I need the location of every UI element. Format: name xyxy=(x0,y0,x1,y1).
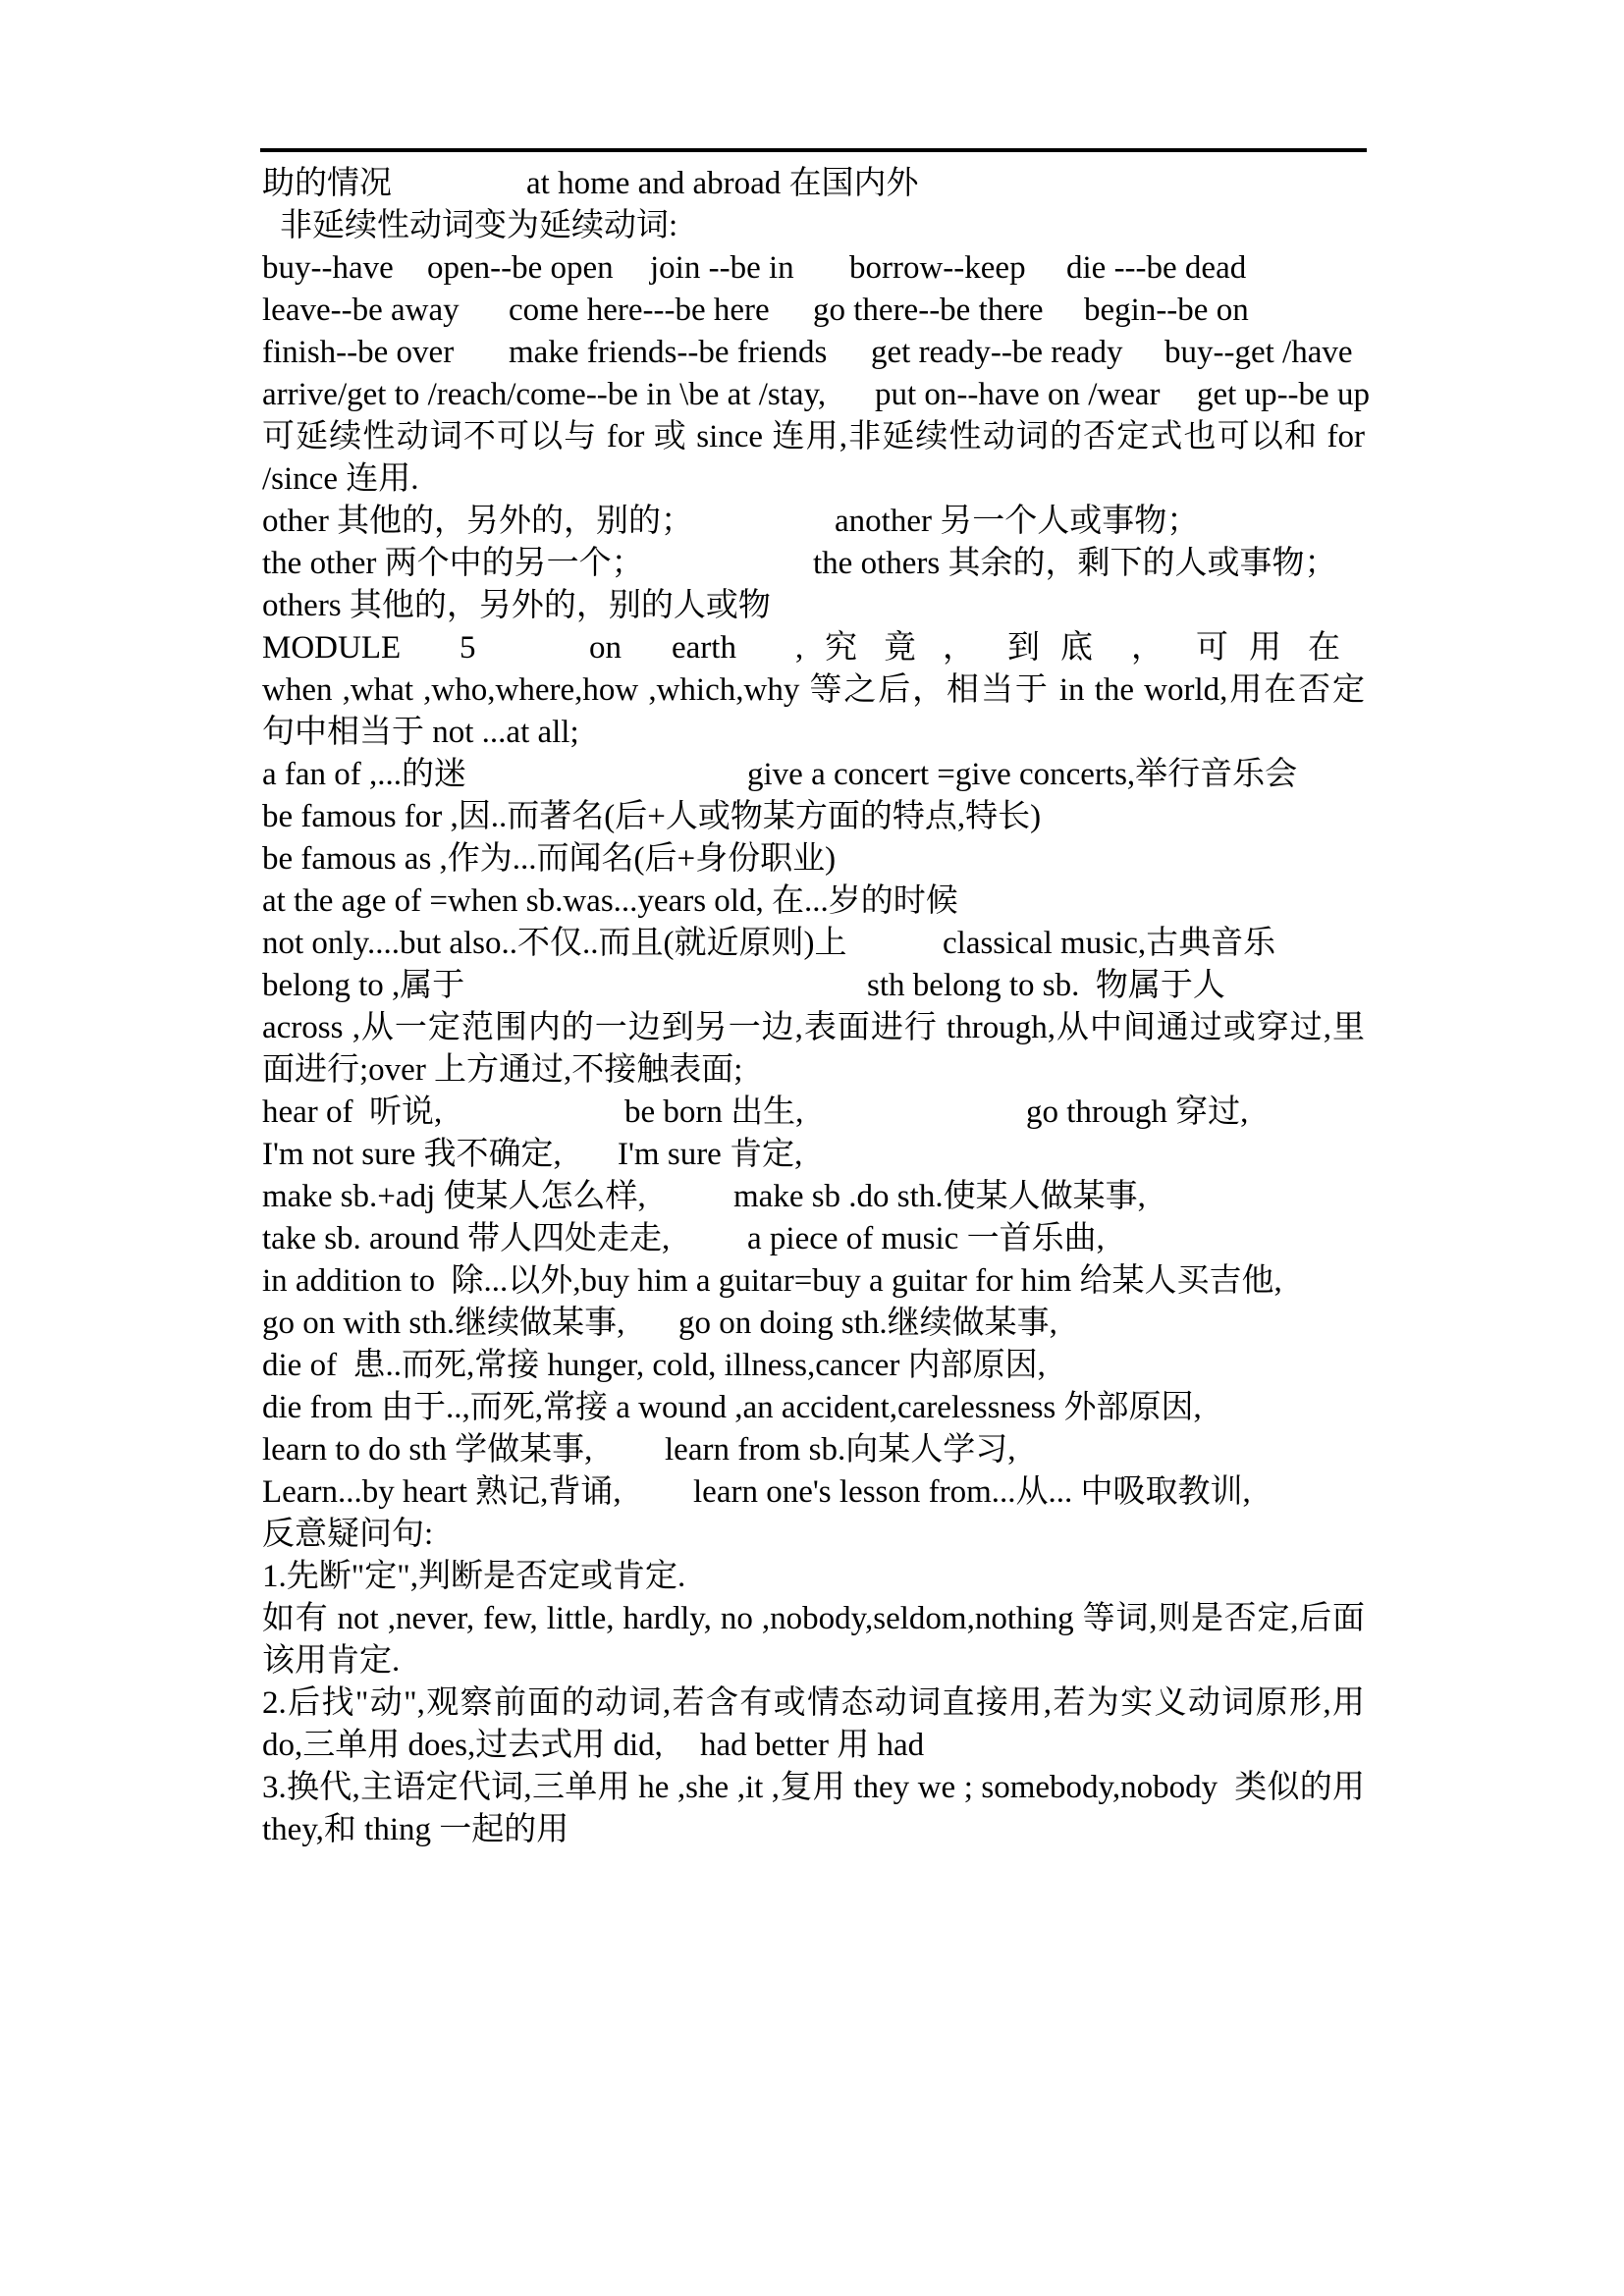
text-segment: had better 用 had xyxy=(700,1725,924,1767)
text-line: die from 由于..,而死,常接 a wound ,an accident… xyxy=(262,1387,1365,1429)
text-segment: 底 xyxy=(1060,627,1093,669)
divider-line xyxy=(260,148,1367,152)
text-segment: finish--be over xyxy=(262,332,454,374)
text-line: Learn...by heart 熟记,背诵,learn one's lesso… xyxy=(262,1471,1365,1514)
text-line: 助的情况at home and abroad 在国内外 xyxy=(262,163,1365,205)
text-segment: I'm not sure 我不确定, xyxy=(262,1134,562,1176)
text-segment: get up--be up xyxy=(1197,374,1370,416)
text-segment: 在 xyxy=(1308,627,1340,669)
text-line: arrive/get to /reach/come--be in \be at … xyxy=(262,374,1365,416)
text-segment: make sb.+adj 使某人怎么样, xyxy=(262,1176,646,1218)
text-line: the other 两个中的另一个；the others 其余的，剩下的人或事物… xyxy=(262,543,1365,585)
text-segment: 可 xyxy=(1196,627,1228,669)
text-segment: be born 出生, xyxy=(624,1092,803,1134)
text-segment: ， xyxy=(943,627,975,669)
text-segment: come here---be here xyxy=(509,290,770,332)
text-segment: the others 其余的，剩下的人或事物； xyxy=(813,543,1336,585)
text-line: a fan of ,...的迷give a concert =give conc… xyxy=(262,754,1365,796)
text-segment: MODULE xyxy=(262,627,401,669)
text-line: in addition to 除...以外,buy him a guitar=b… xyxy=(262,1260,1365,1303)
text-line: take sb. around 带人四处走走,a piece of music … xyxy=(262,1218,1365,1260)
text-segment: classical music,古典音乐 xyxy=(943,923,1275,965)
text-line: I'm not sure 我不确定,I'm sure 肯定, xyxy=(262,1134,1365,1176)
text-line: be famous for ,因..而著名(后+人或物某方面的特点,特长) xyxy=(262,796,1365,838)
text-line: belong to ,属于sth belong to sb. 物属于人 xyxy=(262,965,1365,1007)
text-line: at the age of =when sb.was...years old, … xyxy=(262,881,1365,923)
text-segment: Learn...by heart 熟记,背诵, xyxy=(262,1471,622,1514)
text-segment: on xyxy=(589,627,622,669)
text-segment: I'm sure 肯定, xyxy=(618,1134,802,1176)
text-segment: make sb .do sth.使某人做某事, xyxy=(733,1176,1146,1218)
text-segment: put on--have on /wear xyxy=(875,374,1160,416)
text-line: 该用肯定. xyxy=(262,1640,1365,1682)
text-segment: arrive/get to /reach/come--be in \be at … xyxy=(262,374,826,416)
text-segment: not only....but also..不仅..而且(就近原则)上 xyxy=(262,923,847,965)
text-segment: do,三单用 does,过去式用 did, xyxy=(262,1725,663,1767)
text-segment: take sb. around 带人四处走走, xyxy=(262,1218,670,1260)
text-segment: buy--get /have xyxy=(1164,332,1353,374)
text-segment: go there--be there xyxy=(813,290,1044,332)
text-segment: begin--be on xyxy=(1084,290,1249,332)
text-line: 句中相当于 not ...at all; xyxy=(262,712,1365,754)
text-segment: die ---be dead xyxy=(1066,247,1246,290)
text-line: 面进行;over 上方通过,不接触表面; xyxy=(262,1049,1365,1092)
text-line: leave--be awaycome here---be herego ther… xyxy=(262,290,1365,332)
text-segment: 用 xyxy=(1249,627,1281,669)
text-segment: learn from sb.向某人学习, xyxy=(665,1429,1015,1471)
text-line: 如有 not ,never, few, little, hardly, no ,… xyxy=(262,1598,1365,1640)
text-line: die of 患..而死,常接 hunger, cold, illness,ca… xyxy=(262,1345,1365,1387)
text-line: MODULE5onearth,究竟，到底，可用在 xyxy=(262,627,1365,669)
text-segment: go on with sth.继续做某事, xyxy=(262,1303,624,1345)
text-line: not only....but also..不仅..而且(就近原则)上class… xyxy=(262,923,1365,965)
text-line: buy--haveopen--be openjoin --be inborrow… xyxy=(262,247,1365,290)
text-segment: a piece of music 一首乐曲, xyxy=(747,1218,1105,1260)
text-segment: hear of 听说, xyxy=(262,1092,442,1134)
text-segment: 竟 xyxy=(884,627,916,669)
text-segment: go through 穿过, xyxy=(1026,1092,1248,1134)
text-segment: join --be in xyxy=(650,247,794,290)
text-segment: make friends--be friends xyxy=(509,332,827,374)
text-segment: belong to ,属于 xyxy=(262,965,464,1007)
text-line: others 其他的，另外的，别的人或物 xyxy=(262,585,1365,627)
text-segment: , xyxy=(795,627,803,669)
text-segment: at home and abroad 在国内外 xyxy=(526,163,919,205)
text-segment: a fan of ,...的迷 xyxy=(262,754,466,796)
text-segment: leave--be away xyxy=(262,290,460,332)
text-segment: another 另一个人或事物； xyxy=(835,501,1199,543)
text-line: they,和 thing 一起的用 xyxy=(262,1809,1365,1851)
text-line: /since 连用. xyxy=(262,458,1365,501)
text-line: 3.换代,主语定代词,三单用 he ,she ,it ,复用 they we ;… xyxy=(262,1767,1365,1809)
text-line: 2.后找"动",观察前面的动词,若含有或情态动词直接用,若为实义动词原形,用 xyxy=(262,1682,1365,1725)
text-segment: buy--have xyxy=(262,247,394,290)
document-text: 助的情况at home and abroad 在国内外非延续性动词变为延续动词:… xyxy=(262,163,1365,1851)
text-segment: 非延续性动词变为延续动词: xyxy=(280,205,677,247)
text-line: 非延续性动词变为延续动词: xyxy=(262,205,1365,247)
text-line: 1.先断"定",判断是否定或肯定. xyxy=(262,1556,1365,1598)
text-line: 反意疑问句: xyxy=(262,1514,1365,1556)
text-line: be famous as ,作为...而闻名(后+身份职业) xyxy=(262,838,1365,881)
text-segment: 到 xyxy=(1007,627,1040,669)
text-line: when ,what ,who,where,how ,which,why 等之后… xyxy=(262,669,1365,712)
text-segment: learn one's lesson from...从... 中吸取教训, xyxy=(693,1471,1251,1514)
text-segment: the other 两个中的另一个； xyxy=(262,543,644,585)
text-segment: go on doing sth.继续做某事, xyxy=(678,1303,1057,1345)
text-segment: learn to do sth 学做某事, xyxy=(262,1429,592,1471)
text-line: across ,从一定范围内的一边到另一边,表面进行 through,从中间通过… xyxy=(262,1007,1365,1049)
text-line: finish--be overmake friends--be friendsg… xyxy=(262,332,1365,374)
text-line: 可延续性动词不可以与 for 或 since 连用,非延续性动词的否定式也可以和… xyxy=(262,416,1365,458)
text-segment: earth xyxy=(672,627,736,669)
text-segment: other 其他的，另外的，别的； xyxy=(262,501,693,543)
text-line: other 其他的，另外的，别的；another 另一个人或事物； xyxy=(262,501,1365,543)
text-line: go on with sth.继续做某事,go on doing sth.继续做… xyxy=(262,1303,1365,1345)
document-page: 助的情况at home and abroad 在国内外非延续性动词变为延续动词:… xyxy=(0,0,1624,2296)
text-line: learn to do sth 学做某事,learn from sb.向某人学习… xyxy=(262,1429,1365,1471)
text-segment: 助的情况 xyxy=(262,163,392,205)
text-line: hear of 听说,be born 出生,go through 穿过, xyxy=(262,1092,1365,1134)
text-segment: open--be open xyxy=(427,247,614,290)
text-segment: get ready--be ready xyxy=(871,332,1123,374)
text-segment: sth belong to sb. 物属于人 xyxy=(867,965,1225,1007)
text-segment: ， xyxy=(1131,627,1164,669)
text-segment: 究 xyxy=(825,627,857,669)
text-segment: 5 xyxy=(460,627,476,669)
text-segment: give a concert =give concerts,举行音乐会 xyxy=(747,754,1297,796)
text-line: make sb.+adj 使某人怎么样,make sb .do sth.使某人做… xyxy=(262,1176,1365,1218)
text-segment: borrow--keep xyxy=(849,247,1026,290)
text-line: do,三单用 does,过去式用 did,had better 用 had xyxy=(262,1725,1365,1767)
